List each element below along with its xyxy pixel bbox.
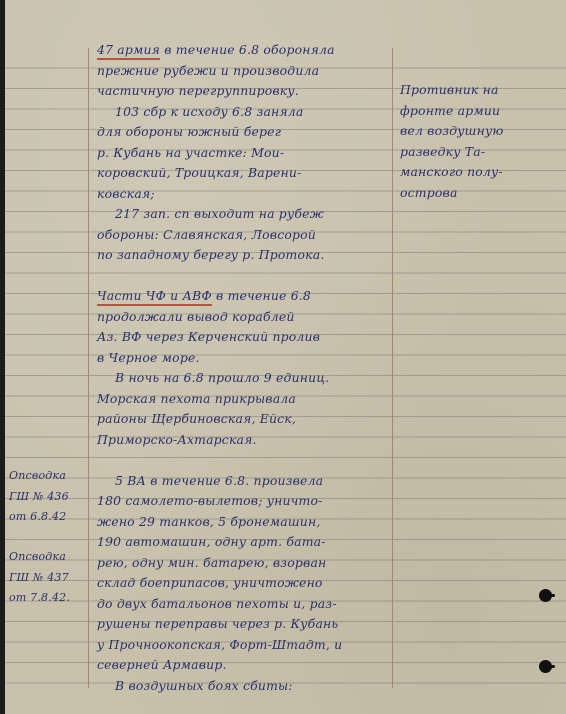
margin-line: Опсводка xyxy=(9,547,87,568)
main-line: северней Армавир. xyxy=(97,655,389,676)
binder-hole-icon xyxy=(539,660,552,673)
main-text-column: 47 армия в течение 6.8 обороняла прежние… xyxy=(97,40,389,696)
blank-line xyxy=(97,450,389,471)
margin-line: от 7.8.42. xyxy=(9,588,87,609)
red-underlined-heading: 47 армия xyxy=(97,42,160,60)
side-line: Противник на xyxy=(400,80,562,101)
main-line: В воздушных боях сбиты: xyxy=(97,676,389,697)
main-line: Приморско-Ахтарская. xyxy=(97,430,389,451)
left-margin-rule xyxy=(88,48,89,688)
main-line: частичную перегруппировку. xyxy=(97,81,389,102)
main-line: рею, одну мин. батарею, взорван xyxy=(97,553,389,574)
main-line: В ночь на 6.8 прошло 9 единиц. xyxy=(97,368,389,389)
main-line: 5 ВА в течение 6.8. произвела xyxy=(97,471,389,492)
main-line: прежние рубежи и производила xyxy=(97,61,389,82)
main-line: 217 зап. сп выходит на рубеж xyxy=(97,204,389,225)
margin-note-source-436: Опсводка ГШ № 436 от 6.8.42 xyxy=(9,466,87,528)
side-note-column: Противник на фронте армии вел воздушную … xyxy=(400,80,562,203)
side-line: разведку Та- xyxy=(400,142,562,163)
red-underlined-heading: Части ЧФ и АВФ xyxy=(97,288,212,306)
main-line: р. Кубань на участке: Мои- xyxy=(97,143,389,164)
main-line: склад боеприпасов, уничтожено xyxy=(97,573,389,594)
main-line: коровский, Троицкая, Варени- xyxy=(97,163,389,184)
main-line: по западному берегу р. Протока. xyxy=(97,245,389,266)
side-line: манского полу- xyxy=(400,162,562,183)
main-line: 103 сбр к исходу 6.8 заняла xyxy=(97,102,389,123)
margin-note-source-437: Опсводка ГШ № 437 от 7.8.42. xyxy=(9,547,87,609)
main-line: до двух батальонов пехоты и, раз- xyxy=(97,594,389,615)
blank-line xyxy=(97,266,389,287)
main-line: в Черное море. xyxy=(97,348,389,369)
main-line: рушены переправы через р. Кубань xyxy=(97,614,389,635)
main-line: Части ЧФ и АВФ в течение 6.8 xyxy=(97,286,389,307)
main-line: жено 29 танков, 5 бронемашин, xyxy=(97,512,389,533)
binder-hole-icon xyxy=(539,589,552,602)
main-line: ковская; xyxy=(97,184,389,205)
side-line: острова xyxy=(400,183,562,204)
main-line: Морская пехота прикрывала xyxy=(97,389,389,410)
side-line: фронте армии xyxy=(400,101,562,122)
main-line: продолжали вывод кораблей xyxy=(97,307,389,328)
margin-line: ГШ № 437 xyxy=(9,568,87,589)
right-column-rule xyxy=(392,48,393,688)
margin-line: Опсводка xyxy=(9,466,87,487)
side-line: вел воздушную xyxy=(400,121,562,142)
diary-page: 47 армия в течение 6.8 обороняла прежние… xyxy=(0,0,566,714)
main-line: у Прочноокопская, Форт-Штадт, и xyxy=(97,635,389,656)
main-line: 180 самолето-вылетов; уничто- xyxy=(97,491,389,512)
margin-line: ГШ № 436 xyxy=(9,487,87,508)
main-line: районы Щербиновская, Ейск, xyxy=(97,409,389,430)
margin-line: от 6.8.42 xyxy=(9,507,87,528)
main-line: 47 армия в течение 6.8 обороняла xyxy=(97,40,389,61)
main-line: для обороны южный берег xyxy=(97,122,389,143)
main-line: 190 автомашин, одну арт. бата- xyxy=(97,532,389,553)
main-line: обороны: Славянская, Ловсорой xyxy=(97,225,389,246)
main-line: Аз. ВФ через Керченский пролив xyxy=(97,327,389,348)
